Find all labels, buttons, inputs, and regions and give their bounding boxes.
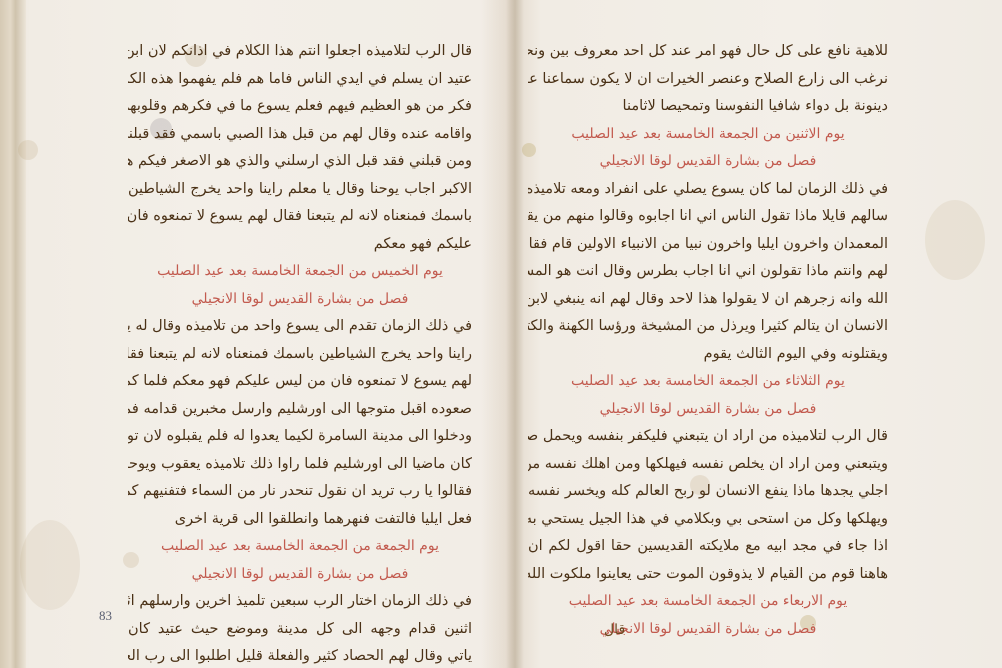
text-line: ويقتلونه وفي اليوم الثالث يقوم — [528, 341, 888, 369]
text-line: لهم وانتم ماذا تقولون اني انا اجاب بطرس … — [528, 258, 888, 286]
paper-stain — [18, 140, 38, 160]
text-line: صعوده اقبل متوجها الى اورشليم وارسل مخبر… — [128, 396, 472, 424]
text-line: عليكم فهو معكم — [128, 231, 472, 259]
rubric-heading: فصل من بشارة القديس لوقا الانجيلي — [128, 286, 472, 314]
rubric-heading: يوم الاثنين من الجمعة الخامسة بعد عيد ال… — [528, 121, 888, 149]
text-line: فكر من هو العظيم فيهم فعلم يسوع ما في فك… — [128, 93, 472, 121]
text-line: نرغب الى زارع الصلاح وعنصر الخيرات ان لا… — [528, 66, 888, 94]
text-line: للاهية نافع على كل حال فهو امر عند كل اح… — [528, 38, 888, 66]
text-line: سالهم قايلا ماذا تقول الناس اني انا اجاب… — [528, 203, 888, 231]
text-line: في ذلك الزمان اختار الرب سبعين تلميذ اخر… — [128, 588, 472, 616]
text-line: المعمدان واخرون ايليا واخرون نبيا من الا… — [528, 231, 888, 259]
paper-stain — [925, 200, 985, 280]
center-gutter — [506, 0, 524, 668]
text-line: اذا جاء في مجد ابيه مع ملايكته القديسين … — [528, 533, 888, 561]
rubric-heading: فصل من بشارة القديس لوقا الانجيلي — [528, 616, 888, 644]
text-line: فعل ايليا فالتفت فنهرهما وانطلقوا الى قر… — [128, 506, 472, 534]
text-line: لهم يسوع لا تمنعوه فان من ليس عليكم فهو … — [128, 368, 472, 396]
rubric-heading: فصل من بشارة القديس لوقا الانجيلي — [528, 396, 888, 424]
text-line: دينونة بل دواء شافيا النفوسنا وتمحيصا لا… — [528, 93, 888, 121]
text-line: ويهلكها وكل من استحى بي وبكلامي في هذا ا… — [528, 506, 888, 534]
text-line: كان ماضيا الى اورشليم فلما راوا ذلك تلام… — [128, 451, 472, 479]
text-line: ياتي وقال لهم الحصاد كثير والفعلة قليل ا… — [128, 643, 472, 668]
rubric-heading: يوم الخميس من الجمعة الخامسة بعد عيد الص… — [128, 258, 472, 286]
paper-stain — [20, 520, 80, 610]
rubric-heading: يوم الاربعاء من الجمعة الخامسة بعد عيد ا… — [528, 588, 888, 616]
text-line: عتيد ان يسلم في ايدي الناس فاما هم فلم ي… — [128, 66, 472, 94]
text-line: هاهنا قوم من القيام لا يذوقون الموت حتى … — [528, 561, 888, 589]
rubric-heading: فصل من بشارة القديس لوقا الانجيلي — [128, 561, 472, 589]
text-line: باسمك فمنعناه لانه لم يتبعنا فقال لهم يس… — [128, 203, 472, 231]
manuscript-spread: قال الرب لتلاميذه اجعلوا انتم هذا الكلام… — [0, 0, 1002, 668]
folio-number: 83 — [99, 608, 112, 624]
text-line: راينا واحد يخرج الشياطين باسمك فمنعناه ل… — [128, 341, 472, 369]
left-page-text: قال الرب لتلاميذه اجعلوا انتم هذا الكلام… — [128, 38, 472, 668]
text-line: ويتبعني ومن اراد ان يخلص نفسه فيهلكها وم… — [528, 451, 888, 479]
text-line: واقامه عنده وقال لهم من قبل هذا الصبي با… — [128, 121, 472, 149]
text-line: اجلي يجدها ماذا ينفع الانسان لو ربح العا… — [528, 478, 888, 506]
rubric-heading: يوم الثلاثاء من الجمعة الخامسة بعد عيد ا… — [528, 368, 888, 396]
text-line: فقالوا يا رب تريد ان نقول تنحدر نار من ا… — [128, 478, 472, 506]
right-page-text: للاهية نافع على كل حال فهو امر عند كل اح… — [528, 38, 888, 643]
text-line: الاكبر اجاب يوحنا وقال يا معلم راينا واح… — [128, 176, 472, 204]
text-line: في ذلك الزمان لما كان يسوع يصلي على انفر… — [528, 176, 888, 204]
text-line: الله وانه زجرهم ان لا يقولوا هذا لاحد وق… — [528, 286, 888, 314]
text-line: في ذلك الزمان تقدم الى يسوع واحد من تلام… — [128, 313, 472, 341]
text-line: اثنين قدام وجهه الى كل مدينة وموضع حيث ع… — [128, 616, 472, 644]
rubric-heading: فصل من بشارة القديس لوقا الانجيلي — [528, 148, 888, 176]
rubric-heading: يوم الجمعة من الجمعة الخامسة بعد عيد الص… — [128, 533, 472, 561]
catchword: قال — [604, 622, 625, 638]
text-line: ومن قبلني فقد قبل الذي ارسلني والذي هو ا… — [128, 148, 472, 176]
text-line: ودخلوا الى مدينة السامرة لكيما يعدوا له … — [128, 423, 472, 451]
text-line: قال الرب لتلاميذه من اراد ان يتبعني فليك… — [528, 423, 888, 451]
text-line: الانسان ان يتالم كثيرا ويرذل من المشيخة … — [528, 313, 888, 341]
text-line: قال الرب لتلاميذه اجعلوا انتم هذا الكلام… — [128, 38, 472, 66]
